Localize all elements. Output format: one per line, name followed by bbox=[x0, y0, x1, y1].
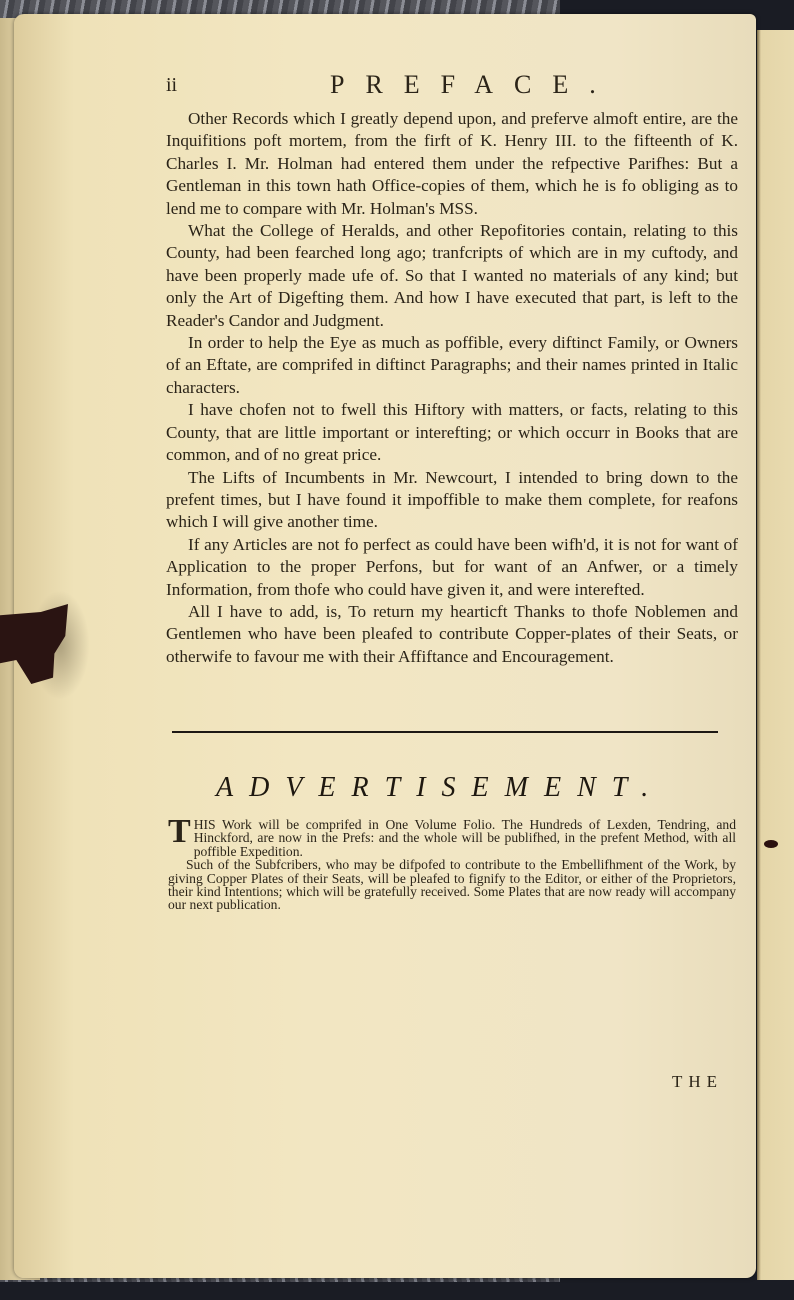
preface-paragraph: What the College of Heralds, and other R… bbox=[166, 220, 738, 332]
preface-paragraph: All I have to add, is, To return my hear… bbox=[166, 601, 738, 668]
preface-paragraph: If any Articles are not fo perfect as co… bbox=[166, 534, 738, 601]
adjacent-page-edge bbox=[757, 30, 794, 1280]
preface-paragraph: Other Records which I greatly depend upo… bbox=[166, 108, 738, 220]
section-divider bbox=[172, 731, 718, 733]
advertisement-paragraph-2: Such of the Subfcribers, who may be difp… bbox=[168, 858, 736, 912]
preface-section: ii PREFACE. Other Records which I greatl… bbox=[166, 70, 738, 668]
preface-paragraph: I have chofen not to fwell this Hiftory … bbox=[166, 399, 738, 466]
advertisement-paragraph-1: THIS Work will be comprifed in One Volum… bbox=[168, 818, 736, 858]
catchword: THE bbox=[672, 1072, 723, 1092]
preface-paragraph: The Lifts of Incumbents in Mr. Newcourt,… bbox=[166, 467, 738, 534]
preface-paragraph: In order to help the Eye as much as poff… bbox=[166, 332, 738, 399]
advertisement-title: ADVERTISEMENT. bbox=[216, 772, 664, 804]
advertisement-section: THIS Work will be comprifed in One Volum… bbox=[168, 818, 736, 912]
running-title: PREFACE. bbox=[330, 70, 617, 100]
advertisement-text-1: HIS Work will be comprifed in One Volume… bbox=[194, 817, 736, 859]
drop-cap: T bbox=[168, 818, 191, 846]
ink-spot bbox=[764, 840, 778, 848]
page-number: ii bbox=[166, 74, 177, 97]
page-header: ii PREFACE. bbox=[166, 70, 738, 100]
